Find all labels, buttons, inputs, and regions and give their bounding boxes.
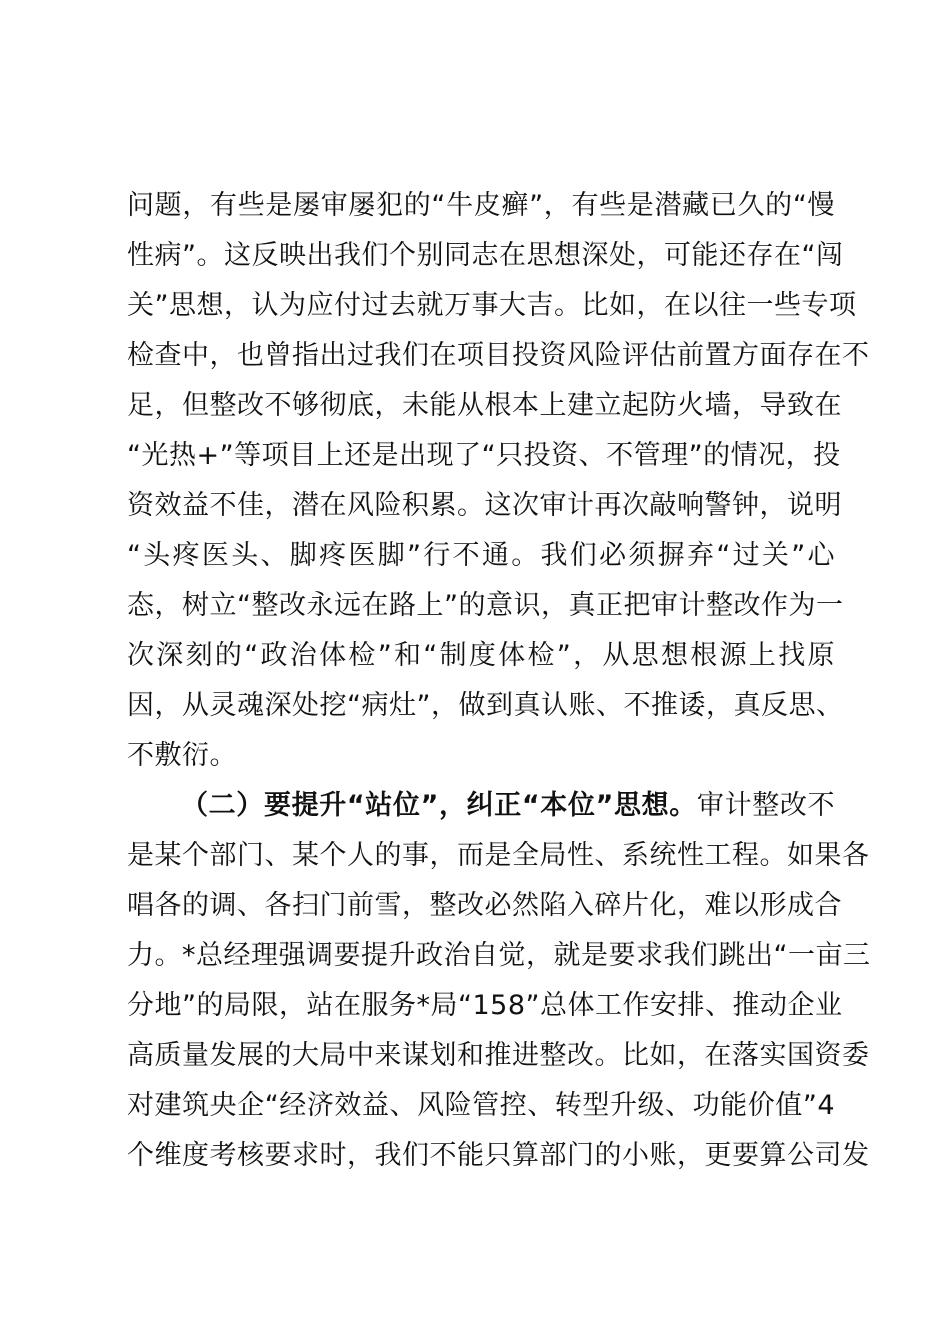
text-line: 态，树立“整改永远在路上”的意识，真正把审计整改作为一 [127,581,835,631]
text-run: 审计整改不 [697,790,835,821]
text-line: 分地”的局限，站在服务*局“158”总体工作安排、推动企业 [127,981,835,1031]
section-heading: （二）要提升“站位”，纠正“本位”思想。 [181,790,697,821]
text-line: 对建筑央企“经济效益、风险管控、转型升级、功能价值”4 [127,1081,835,1131]
document-body: 问题，有些是屡审屡犯的“牛皮癣”，有些是潜藏已久的“慢 性病”。这反映出我们个别… [127,181,835,1181]
text-line: 检查中，也曾指出过我们在项目投资风险评估前置方面存在不 [127,331,835,381]
text-line: 性病”。这反映出我们个别同志在思想深处，可能还存在“闯 [127,231,835,281]
text-line: 资效益不佳，潜在风险积累。这次审计再次敲响警钟，说明 [127,481,835,531]
text-line: 足，但整改不够彻底，未能从根本上建立起防火墙，导致在 [127,381,835,431]
text-line: 力。*总经理强调要提升政治自觉，就是要求我们跳出“一亩三 [127,931,835,981]
paragraph-2: （二）要提升“站位”，纠正“本位”思想。审计整改不 是某个部门、某个人的事，而是… [127,781,835,1181]
paragraph-1: 问题，有些是屡审屡犯的“牛皮癣”，有些是潜藏已久的“慢 性病”。这反映出我们个别… [127,181,835,781]
text-line: 因，从灵魂深处挖“病灶”，做到真认账、不推诿，真反思、 [127,681,835,731]
text-line: “头疼医头、脚疼医脚”行不通。我们必须摒弃“过关”心 [127,531,835,581]
text-line: 关”思想，认为应付过去就万事大吉。比如，在以往一些专项 [127,281,835,331]
text-line: 个维度考核要求时，我们不能只算部门的小账，更要算公司发 [127,1131,835,1181]
text-line: （二）要提升“站位”，纠正“本位”思想。审计整改不 [127,781,835,831]
document-page: 问题，有些是屡审屡犯的“牛皮癣”，有些是潜藏已久的“慢 性病”。这反映出我们个别… [0,0,950,1344]
text-line: 次深刻的“政治体检”和“制度体检”，从思想根源上找原 [127,631,835,681]
text-line: 不敷衍。 [127,731,835,781]
text-line: 问题，有些是屡审屡犯的“牛皮癣”，有些是潜藏已久的“慢 [127,181,835,231]
text-line: 唱各的调、各扫门前雪，整改必然陷入碎片化，难以形成合 [127,881,835,931]
text-line: “光热+”等项目上还是出现了“只投资、不管理”的情况，投 [127,431,835,481]
text-line: 是某个部门、某个人的事，而是全局性、系统性工程。如果各 [127,831,835,881]
text-line: 高质量发展的大局中来谋划和推进整改。比如，在落实国资委 [127,1031,835,1081]
